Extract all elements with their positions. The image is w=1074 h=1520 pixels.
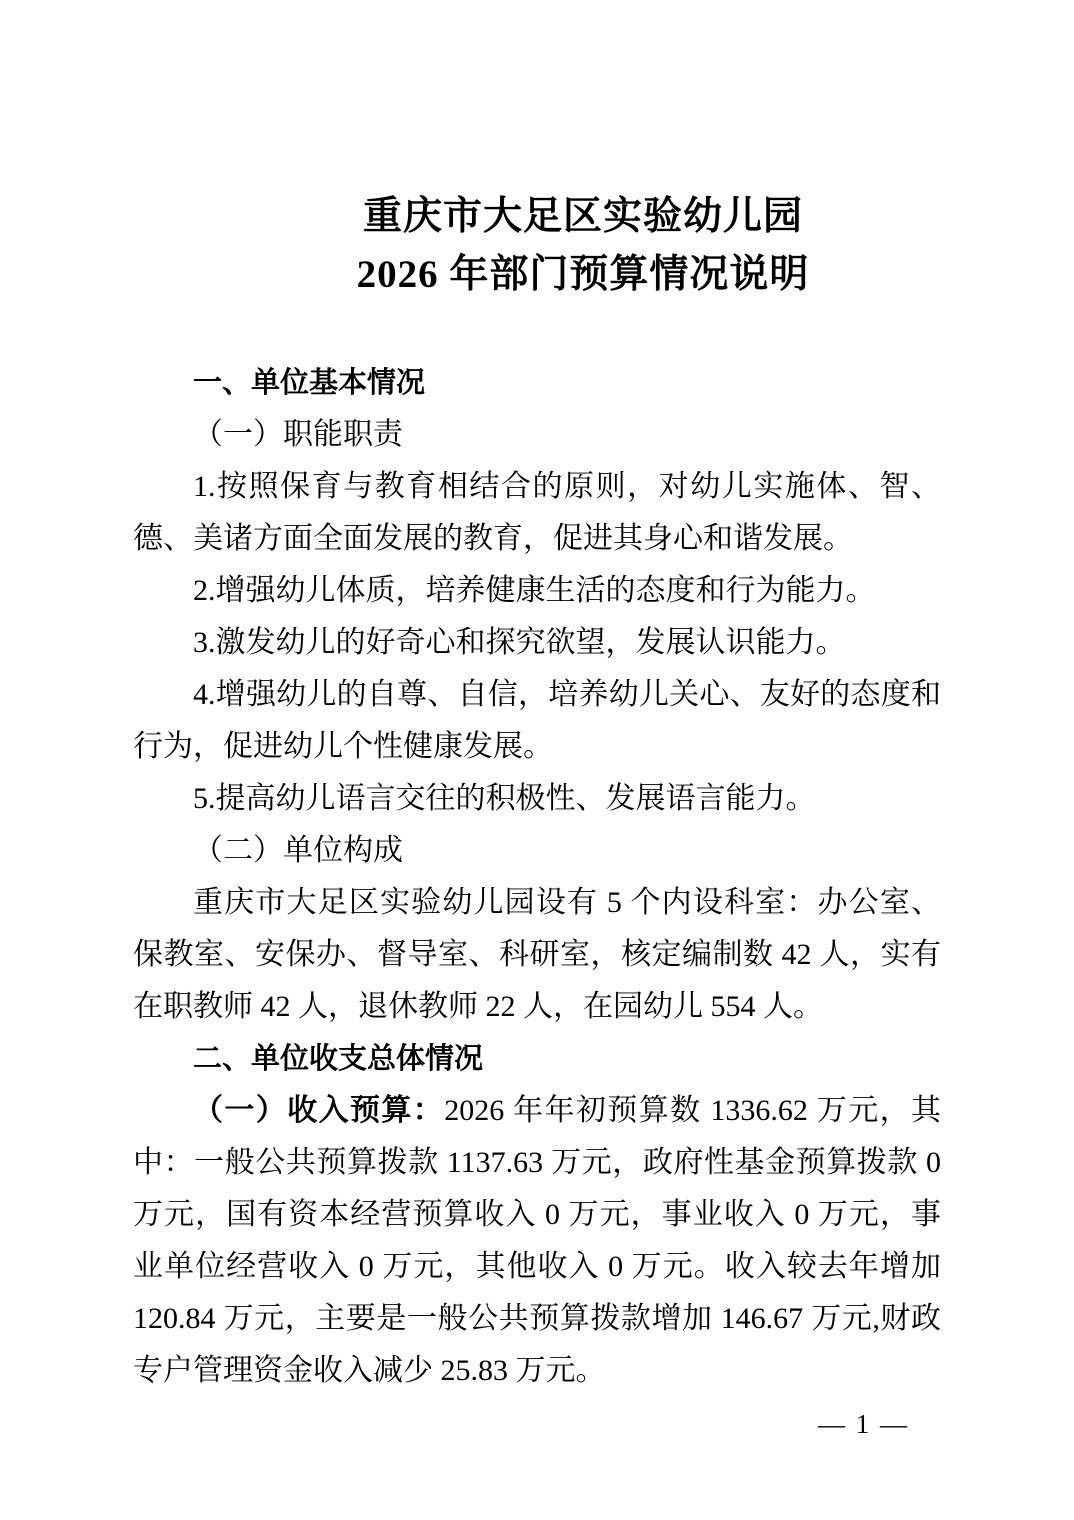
document-title: 重庆市大足区实验幼儿园 2026 年部门预算情况说明 <box>179 188 987 304</box>
document-page: 重庆市大足区实验幼儿园 2026 年部门预算情况说明 一、单位基本情况 （一）职… <box>0 0 1074 1520</box>
duty-paragraph-3: 3.激发幼儿的好奇心和探究欲望，发展认识能力。 <box>133 617 941 669</box>
page-number: — 1 — <box>818 1406 909 1442</box>
composition-paragraph: 重庆市大足区实验幼儿园设有 5 个内设科室：办公室、保教室、安保办、督导室、科研… <box>133 877 941 1033</box>
income-budget-body: 2026 年年初预算数 1336.62 万元，其中：一般公共预算拨款 1137.… <box>133 1094 941 1387</box>
subsection-heading-duties: （一）职能职责 <box>133 409 941 461</box>
duty-paragraph-1: 1.按照保育与教育相结合的原则，对幼儿实施体、智、德、美诸方面全面发展的教育，促… <box>133 461 941 565</box>
duty-paragraph-4: 4.增强幼儿的自尊、自信，培养幼儿关心、友好的态度和行为，促进幼儿个性健康发展。 <box>133 669 941 773</box>
income-budget-paragraph: （一）收入预算：2026 年年初预算数 1336.62 万元，其中：一般公共预算… <box>133 1085 941 1397</box>
section-heading-basic-info: 一、单位基本情况 <box>133 357 941 409</box>
title-line-2: 2026 年部门预算情况说明 <box>179 246 987 304</box>
section-heading-budget-overview: 二、单位收支总体情况 <box>133 1033 941 1085</box>
subsection-heading-composition: （二）单位构成 <box>133 825 941 877</box>
duty-paragraph-5: 5.提高幼儿语言交往的积极性、发展语言能力。 <box>133 773 941 825</box>
duty-paragraph-2: 2.增强幼儿体质，培养健康生活的态度和行为能力。 <box>133 565 941 617</box>
income-budget-lead: （一）收入预算： <box>193 1094 444 1127</box>
title-line-1: 重庆市大足区实验幼儿园 <box>179 188 987 246</box>
